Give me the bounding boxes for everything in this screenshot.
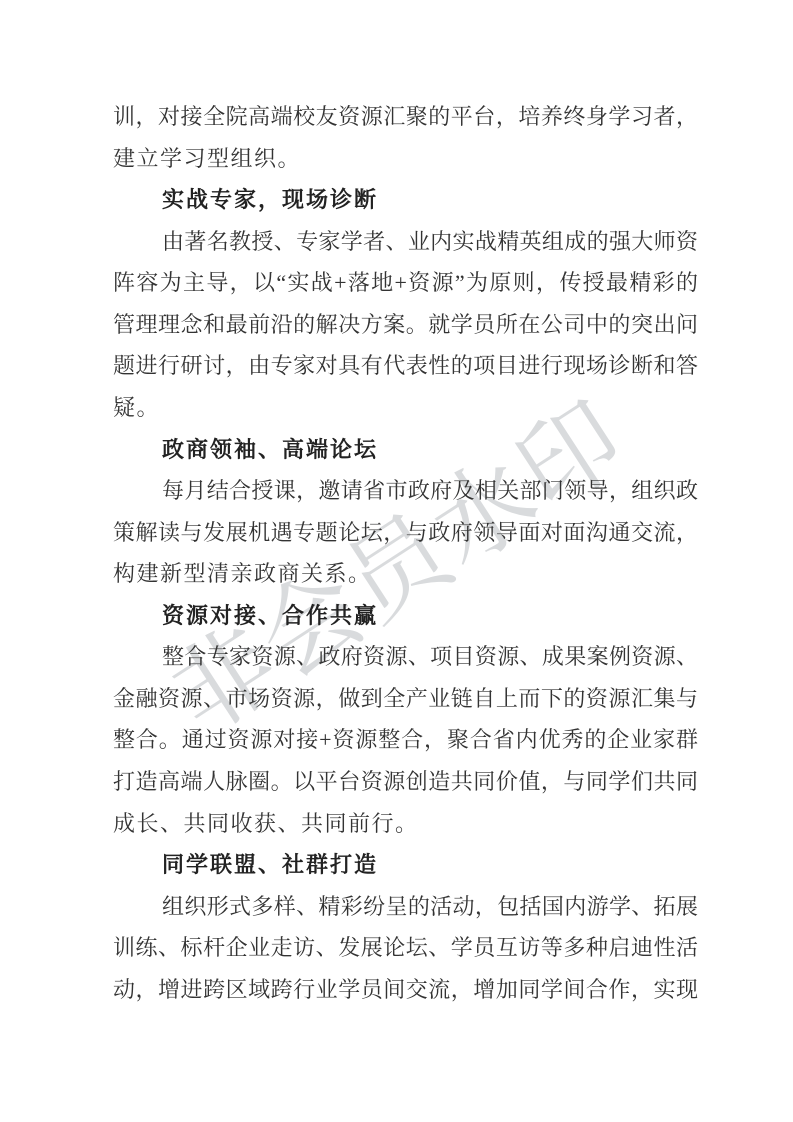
- body-text-line: 整合。通过资源对接+资源整合，聚合省内优秀的企业家群体，: [113, 719, 698, 761]
- body-text-line: 打造高端人脉圈。以平台资源创造共同价值，与同学们共同: [113, 761, 698, 803]
- body-text-line: 训，对接全院高端校友资源汇聚的平台，培养终身学习者，: [113, 96, 698, 138]
- body-text-line: 训练、标杆企业走访、发展论坛、学员互访等多种启迪性活: [113, 927, 698, 969]
- body-text-line: 疑。: [113, 387, 698, 429]
- body-text-line: 由著名教授、专家学者、业内实战精英组成的强大师资: [113, 221, 698, 263]
- heading-line: 政商领袖、高端论坛: [113, 429, 698, 471]
- heading-line: 同学联盟、社群打造: [113, 844, 698, 886]
- document-content: 训，对接全院高端校友资源汇聚的平台，培养终身学习者，建立学习型组织。实战专家，现…: [113, 96, 698, 1010]
- body-text-line: 金融资源、市场资源，做到全产业链自上而下的资源汇集与: [113, 678, 698, 720]
- body-text-line: 策解读与发展机遇专题论坛，与政府领导面对面沟通交流，: [113, 512, 698, 554]
- body-text-line: 管理理念和最前沿的解决方案。就学员所在公司中的突出问: [113, 304, 698, 346]
- body-text-line: 阵容为主导，以“实战+落地+资源”为原则，传授最精彩的: [113, 262, 698, 304]
- heading-line: 实战专家，现场诊断: [113, 179, 698, 221]
- body-text-line: 题进行研讨，由专家对具有代表性的项目进行现场诊断和答: [113, 345, 698, 387]
- body-text-line: 动，增进跨区域跨行业学员间交流，增加同学间合作，实现: [113, 969, 698, 1011]
- heading-line: 资源对接、合作共赢: [113, 595, 698, 637]
- body-text-line: 整合专家资源、政府资源、项目资源、成果案例资源、: [113, 636, 698, 678]
- body-text-line: 组织形式多样、精彩纷呈的活动，包括国内游学、拓展: [113, 886, 698, 928]
- document-page: 非会员水印 训，对接全院高端校友资源汇聚的平台，培养终身学习者，建立学习型组织。…: [0, 0, 793, 1122]
- body-text-line: 构建新型清亲政商关系。: [113, 553, 698, 595]
- body-text-line: 每月结合授课，邀请省市政府及相关部门领导，组织政: [113, 470, 698, 512]
- body-text-line: 建立学习型组织。: [113, 138, 698, 180]
- body-text-line: 成长、共同收获、共同前行。: [113, 803, 698, 845]
